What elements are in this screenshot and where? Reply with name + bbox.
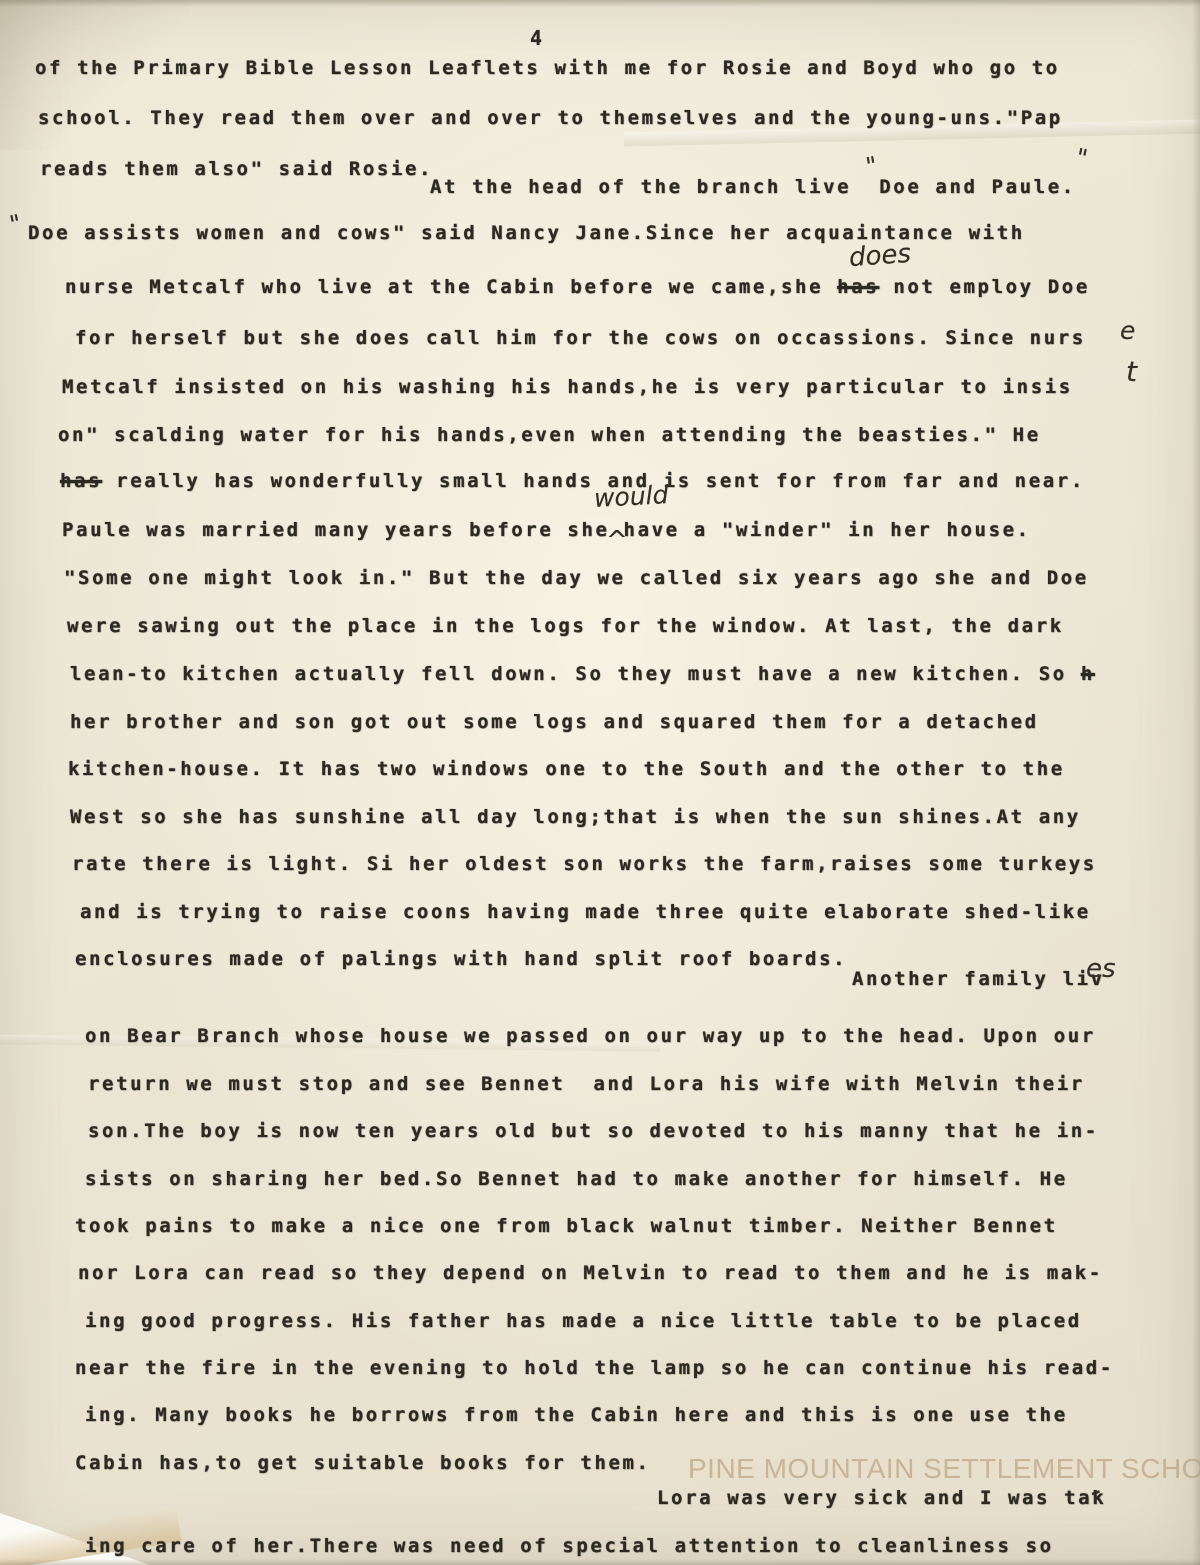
typed-text: ing good progress. His father has made a… <box>85 1310 1082 1332</box>
watermark: PINE MOUNTAIN SETTLEMENT SCHOOL 2015 <box>688 1453 1200 1485</box>
typed-text: took pains to make a nice one from black… <box>75 1215 1058 1237</box>
typed-line: nor Lora can read so they depend on Melv… <box>78 1262 1103 1284</box>
typed-line: enclosures made of palings with hand spl… <box>75 948 847 970</box>
typed-line: Cabin has,to get suitable books for them… <box>75 1452 651 1474</box>
typed-line: lean-to kitchen actually fell down. So t… <box>70 663 1095 685</box>
handwritten-annotation: would <box>593 482 669 511</box>
typed-line: took pains to make a nice one from black… <box>75 1215 1058 1237</box>
typed-text: and is trying to raise coons having made… <box>80 901 1091 923</box>
typed-text: reads them also" said Rosie. <box>40 158 433 180</box>
typed-line: were sawing out the place in the logs fo… <box>67 615 1064 637</box>
typed-text: school. They read them over and over to … <box>38 107 1063 129</box>
typed-line: ing. Many books he borrows from the Cabi… <box>85 1404 1068 1426</box>
typed-line: return we must stop and see Bennet and L… <box>88 1073 1085 1095</box>
page-top-edge <box>0 0 1200 7</box>
typed-line: At the head of the branch live Doe and P… <box>430 176 1076 198</box>
typed-text: Metcalf insisted on his washing his hand… <box>62 376 1073 398</box>
document-page: 4 PINE MOUNTAIN SETTLEMENT SCHOOL 2015 o… <box>0 0 1200 1565</box>
typed-text: kitchen-house. It has two windows one to… <box>68 758 1065 780</box>
typed-line: rate there is light. Si her oldest son w… <box>72 853 1097 875</box>
typed-text: ing care of her.There was need of specia… <box>85 1535 1054 1557</box>
typed-text: return we must stop and see Bennet and L… <box>88 1073 1085 1095</box>
typed-text: Another family liv <box>852 968 1105 990</box>
handwritten-annotation: ^ <box>606 528 628 554</box>
typed-text: on Bear Branch whose house we passed on … <box>85 1025 1096 1047</box>
typed-line: Paule was married many years before she … <box>62 519 1031 541</box>
typed-text: were sawing out the place in the logs fo… <box>67 615 1064 637</box>
page-bottom-edge <box>0 1559 1200 1565</box>
typed-text: enclosures made of palings with hand spl… <box>75 948 847 970</box>
typed-line: near the fire in the evening to hold the… <box>75 1357 1114 1379</box>
typed-text: ing. Many books he borrows from the Cabi… <box>85 1404 1068 1426</box>
typed-line: her brother and son got out some logs an… <box>70 711 1039 733</box>
typed-line: reads them also" said Rosie. <box>40 158 433 180</box>
typed-line: ing good progress. His father has made a… <box>85 1310 1082 1332</box>
typed-text: Cabin has,to get suitable books for them… <box>75 1452 651 1474</box>
handwritten-annotation: " <box>8 211 24 237</box>
handwritten-annotation: does <box>848 241 912 271</box>
typed-line: on" scalding water for his hands,even wh… <box>58 424 1041 446</box>
handwritten-annotation: es <box>1086 956 1116 982</box>
typed-text: of the Primary Bible Lesson Leaflets wit… <box>35 57 1060 79</box>
typed-text: not employ Doe <box>879 276 1090 298</box>
typed-text: lean-to kitchen actually fell down. So t… <box>70 663 1081 685</box>
typed-line: son.The boy is now ten years old but so … <box>88 1120 1099 1142</box>
struck-out-word: has <box>60 470 102 492</box>
typed-text: near the fire in the evening to hold the… <box>75 1357 1114 1379</box>
typed-text: nurse Metcalf who live at the Cabin befo… <box>65 276 837 298</box>
typed-text: on" scalding water for his hands,even wh… <box>58 424 1041 446</box>
typed-line: Lora was very sick and I was tak <box>657 1487 1106 1509</box>
typed-line: "Some one might look in." But the day we… <box>64 567 1089 589</box>
typed-line: ing care of her.There was need of specia… <box>85 1535 1054 1557</box>
typed-text: "Some one might look in." But the day we… <box>64 567 1089 589</box>
page-right-edge <box>1192 0 1200 1565</box>
typed-text: rate there is light. Si her oldest son w… <box>72 853 1097 875</box>
handwritten-annotation: " <box>864 153 879 179</box>
typed-text: Lora was very sick and I was tak <box>657 1487 1106 1509</box>
typed-text: sists on sharing her bed.So Bennet had t… <box>85 1168 1068 1190</box>
typed-text: At the head of the branch live Doe and P… <box>430 176 1076 198</box>
typed-line: Metcalf insisted on his washing his hand… <box>62 376 1073 398</box>
typed-line: Another family liv <box>852 968 1105 990</box>
typed-line: on Bear Branch whose house we passed on … <box>85 1025 1096 1047</box>
typed-line: of the Primary Bible Lesson Leaflets wit… <box>35 57 1060 79</box>
typed-line: and is trying to raise coons having made… <box>80 901 1091 923</box>
typed-text: Paule was married many years before she … <box>62 519 1031 541</box>
typed-text: for herself but she does call him for th… <box>75 327 1086 349</box>
typed-line: school. They read them over and over to … <box>38 107 1063 129</box>
handwritten-annotation: " <box>1074 145 1090 171</box>
typed-text: West so she has sunshine all day long;th… <box>70 806 1081 828</box>
struck-out-word: has <box>837 276 879 298</box>
typed-text: nor Lora can read so they depend on Melv… <box>78 1262 1103 1284</box>
typed-line: nurse Metcalf who live at the Cabin befo… <box>65 276 1090 298</box>
handwritten-annotation: t <box>1126 358 1137 386</box>
typed-line: sists on sharing her bed.So Bennet had t… <box>85 1168 1068 1190</box>
handwritten-annotation: e <box>1120 318 1135 343</box>
typed-line: West so she has sunshine all day long;th… <box>70 806 1081 828</box>
typed-text: son.The boy is now ten years old but so … <box>88 1120 1099 1142</box>
typed-line: kitchen-house. It has two windows one to… <box>68 758 1065 780</box>
typed-line: has really has wonderfully small hands a… <box>60 470 1085 492</box>
struck-out-word: h <box>1081 663 1095 685</box>
page-number: 4 <box>530 26 544 50</box>
typed-line: for herself but she does call him for th… <box>75 327 1086 349</box>
typed-text: her brother and son got out some logs an… <box>70 711 1039 733</box>
